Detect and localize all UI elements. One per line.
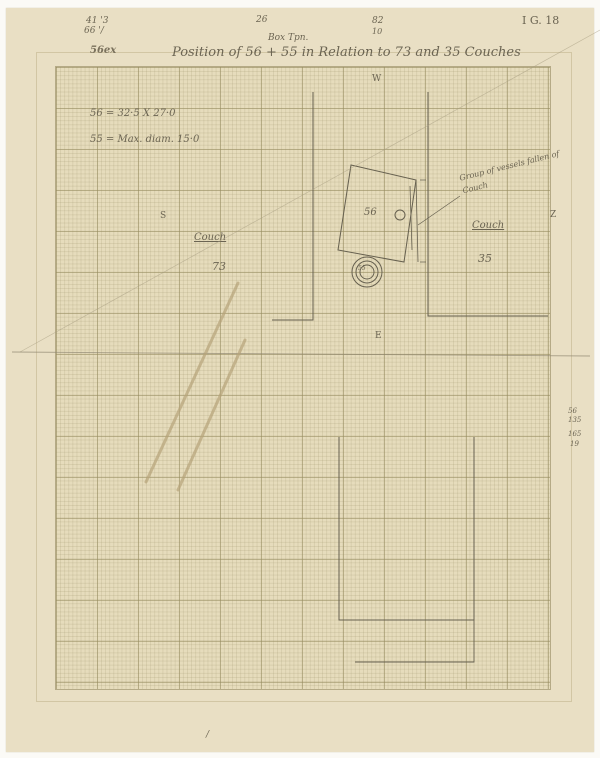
pencil-sketch — [0, 0, 600, 758]
lower-rectangle — [339, 437, 474, 620]
couch-35-outline — [428, 92, 548, 316]
small-circle — [395, 210, 405, 220]
couch-73-outline — [272, 92, 313, 320]
